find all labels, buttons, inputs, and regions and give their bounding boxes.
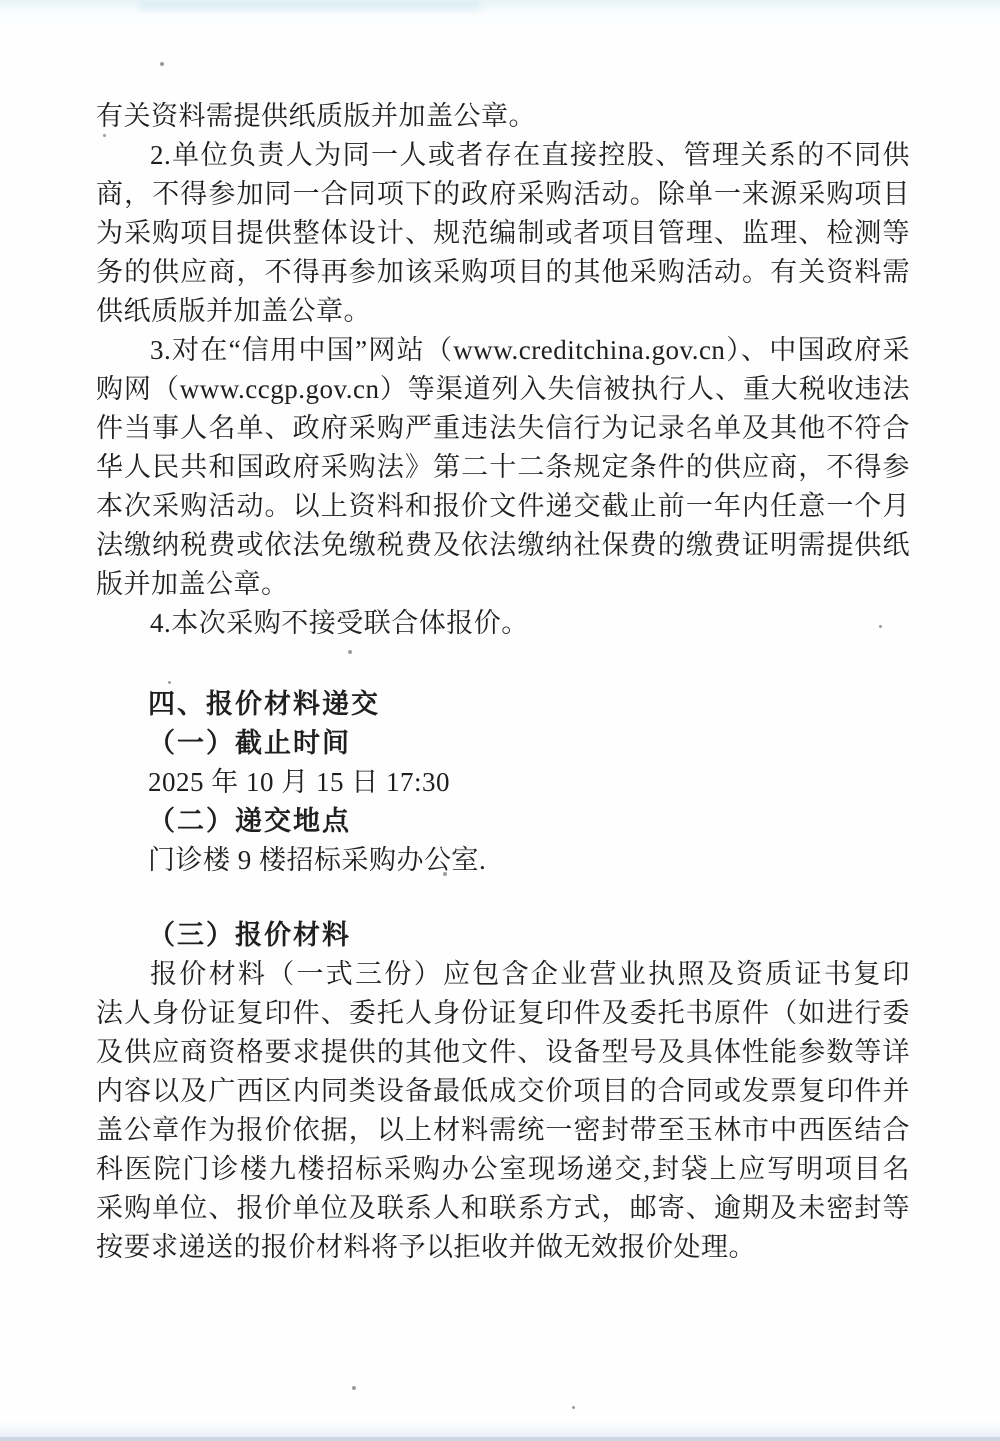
text-line: 科医院门诊楼九楼招标采购办公室现场递交,封袋上应写明项目名称、 xyxy=(96,1150,910,1189)
location-value: 门诊楼 9 楼招标采购办公室. xyxy=(96,841,910,880)
scan-speck xyxy=(572,1406,575,1409)
text-line: 本次采购活动。以上资料和报价文件递交截止前一年内任意一个月依 xyxy=(96,487,910,526)
scan-speck xyxy=(352,1386,356,1390)
text-line: 内容以及广西区内同类设备最低成交价项目的合同或发票复印件并加 xyxy=(96,1072,910,1111)
scan-speck xyxy=(452,852,455,855)
text-line: 件当事人名单、政府采购严重违法失信行为记录名单及其他不符合《中 xyxy=(96,409,910,448)
scan-speck xyxy=(443,872,447,876)
deadline-value: 2025 年 10 月 15 日 17:30 xyxy=(96,763,910,802)
text-line: 有关资料需提供纸质版并加盖公章。 xyxy=(96,97,910,136)
text-line: 采购单位、报价单位及联系人和联系方式，邮寄、逾期及未密封等不 xyxy=(96,1189,910,1228)
text-line: 2.单位负责人为同一人或者存在直接控股、管理关系的不同供应 xyxy=(96,136,910,175)
scan-edge-tint-top xyxy=(0,0,1000,28)
text-line: 法缴纳税费或依法免缴税费及依法缴纳社保费的缴费证明需提供纸质 xyxy=(96,526,910,565)
text-line: 为采购项目提供整体设计、规范编制或者项目管理、监理、检测等服 xyxy=(96,214,910,253)
text-line: 版并加盖公章。 xyxy=(96,565,910,604)
text-line: 报价材料（一式三份）应包含企业营业执照及资质证书复印件、 xyxy=(96,955,910,994)
subheading-materials: （三）报价材料 xyxy=(96,916,910,955)
text-line: 购网（www.ccgp.gov.cn）等渠道列入失信被执行人、重大税收违法案 xyxy=(96,370,910,409)
text-line: 3.对在“信用中国”网站（www.creditchina.gov.cn）、中国政… xyxy=(96,331,910,370)
text-line: 盖公章作为报价依据，以上材料需统一密封带至玉林市中西医结合骨 xyxy=(96,1111,910,1150)
text-line: 4.本次采购不接受联合体报价。 xyxy=(96,604,910,643)
text-line: 供纸质版并加盖公章。 xyxy=(96,292,910,331)
scan-speck xyxy=(884,221,887,224)
text-line: 华人民共和国政府采购法》第二十二条规定条件的供应商，不得参与 xyxy=(96,448,910,487)
scan-speck xyxy=(160,62,164,66)
section-heading-four: 四、报价材料递交 xyxy=(96,685,910,724)
scan-edge-tint-bottom xyxy=(0,1421,1000,1437)
subheading-location: （二）递交地点 xyxy=(96,802,910,841)
document-body: 有关资料需提供纸质版并加盖公章。 2.单位负责人为同一人或者存在直接控股、管理关… xyxy=(96,97,910,1267)
scan-speck xyxy=(103,134,106,137)
text-line: 及供应商资格要求提供的其他文件、设备型号及具体性能参数等详细 xyxy=(96,1033,910,1072)
scan-speck xyxy=(168,681,171,684)
scanned-document-page: 有关资料需提供纸质版并加盖公章。 2.单位负责人为同一人或者存在直接控股、管理关… xyxy=(0,0,1000,1441)
text-line: 按要求递送的报价材料将予以拒收并做无效报价处理。 xyxy=(96,1228,910,1267)
text-line: 务的供应商，不得再参加该采购项目的其他采购活动。有关资料需提 xyxy=(96,253,910,292)
text-line: 法人身份证复印件、委托人身份证复印件及委托书原件（如进行委托） xyxy=(96,994,910,1033)
scan-edge-line xyxy=(0,1437,1000,1441)
subheading-deadline: （一）截止时间 xyxy=(96,724,910,763)
scan-speck xyxy=(879,625,882,628)
scan-speck xyxy=(348,650,352,654)
text-line: 商，不得参加同一合同项下的政府采购活动。除单一来源采购项目外， xyxy=(96,175,910,214)
